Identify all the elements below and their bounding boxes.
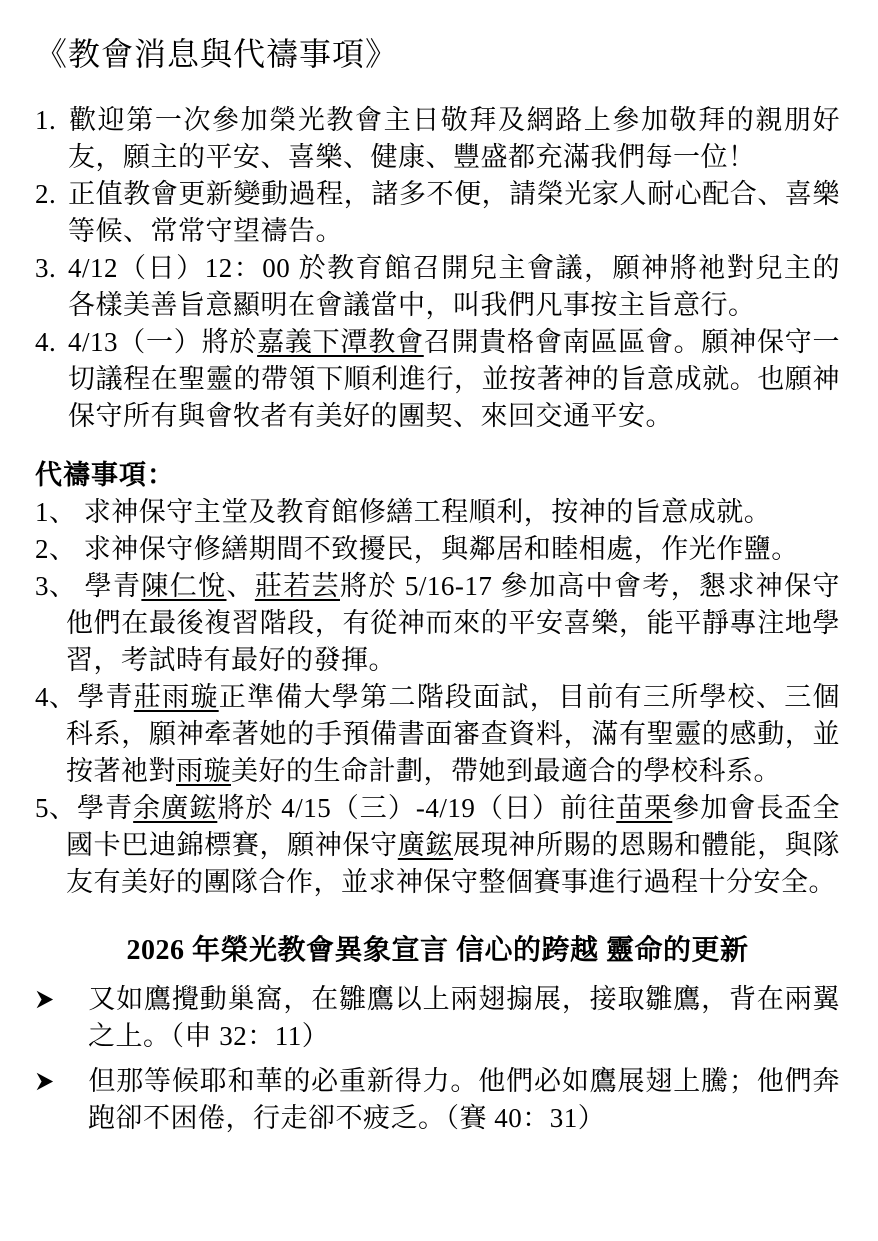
list-marker: 5、 xyxy=(35,790,77,827)
underlined-text: 嘉義下潭教會 xyxy=(257,327,424,357)
prayer-list: 1、 求神保守主堂及教育館修繕工程順利，按神的旨意成就。2、 求神保守修繕期間不… xyxy=(35,494,840,901)
vision-bullet-list: 又如鷹攪動巢窩，在雛鷹以上兩翅搧展，接取雛鷹，背在兩翼之上。（申 32：11）但… xyxy=(35,981,840,1137)
list-marker: 3、 xyxy=(35,568,84,605)
vision-bullet: 但那等候耶和華的必重新得力。他們必如鷹展翅上騰；他們奔跑卻不困倦，行走卻不疲乏。… xyxy=(35,1063,840,1137)
arrowhead-right-icon xyxy=(35,981,88,1018)
text-segment: 學青 xyxy=(84,571,142,601)
text-segment: 4/13（一）將於 xyxy=(68,327,257,357)
text-segment: 學青 xyxy=(77,682,134,712)
underlined-text: 陳仁悅 xyxy=(141,571,226,601)
news-item: 4.4/13（一）將於嘉義下潭教會召開貴格會南區區會。願神保守一切議程在聖靈的帶… xyxy=(35,324,840,435)
list-marker: 2. xyxy=(35,176,68,213)
news-item: 3.4/12（日）12：00 於教育館召開兒主會議，願神將祂對兒主的各樣美善旨意… xyxy=(35,250,840,324)
text-segment: 又如鷹攪動巢窩，在雛鷹以上兩翅搧展，接取雛鷹，背在兩翼之上。（申 32：11） xyxy=(88,984,840,1051)
vision-statement-heading: 2026 年榮光教會異象宣言 信心的跨越 靈命的更新 xyxy=(35,931,840,971)
list-marker: 2、 xyxy=(35,531,84,568)
prayer-item: 2、 求神保守修繕期間不致擾民，與鄰居和睦相處，作光作鹽。 xyxy=(35,531,840,568)
text-segment: 將於 4/15（三）-4/19（日）前往 xyxy=(217,793,616,823)
text-segment: 但那等候耶和華的必重新得力。他們必如鷹展翅上騰；他們奔跑卻不困倦，行走卻不疲乏。… xyxy=(88,1066,840,1133)
text-segment: 4/12（日）12：00 於教育館召開兒主會議，願神將祂對兒主的各樣美善旨意顯明… xyxy=(68,253,840,320)
prayer-item: 3、 學青陳仁悅、莊若芸將於 5/16-17 參加高中會考，懇求神保守他們在最後… xyxy=(35,568,840,679)
underlined-text: 余廣鋐 xyxy=(133,793,217,823)
prayer-item: 4、學青莊雨璇正準備大學第二階段面試，目前有三所學校、三個科系，願神牽著她的手預… xyxy=(35,679,840,790)
document-page: 《教會消息與代禱事項》 1.歡迎第一次參加榮光教會主日敬拜及網路上參加敬拜的親朋… xyxy=(0,0,878,1241)
list-marker: 3. xyxy=(35,250,68,287)
list-marker: 1. xyxy=(35,102,68,139)
list-marker: 4. xyxy=(35,324,68,361)
page-title: 《教會消息與代禱事項》 xyxy=(35,32,840,76)
text-segment: 美好的生命計劃，帶她到最適合的學校科系。 xyxy=(231,756,781,786)
underlined-text: 雨璇 xyxy=(176,756,231,786)
underlined-text: 莊雨璇 xyxy=(134,682,219,712)
prayer-item: 1、 求神保守主堂及教育館修繕工程順利，按神的旨意成就。 xyxy=(35,494,840,531)
list-marker: 4、 xyxy=(35,679,77,716)
text-segment: 求神保守主堂及教育館修繕工程順利，按神的旨意成就。 xyxy=(84,497,772,527)
news-item: 2.正值教會更新變動過程，諸多不便，請榮光家人耐心配合、喜樂等候、常常守望禱告。 xyxy=(35,176,840,250)
arrowhead-right-icon xyxy=(35,1063,88,1100)
vision-bullet: 又如鷹攪動巢窩，在雛鷹以上兩翅搧展，接取雛鷹，背在兩翼之上。（申 32：11） xyxy=(35,981,840,1055)
news-list: 1.歡迎第一次參加榮光教會主日敬拜及網路上參加敬拜的親朋好友，願主的平安、喜樂、… xyxy=(35,102,840,435)
text-segment: 歡迎第一次參加榮光教會主日敬拜及網路上參加敬拜的親朋好友，願主的平安、喜樂、健康… xyxy=(68,105,840,172)
prayer-items-heading: 代禱事項： xyxy=(35,457,840,494)
prayer-item: 5、學青余廣鋐將於 4/15（三）-4/19（日）前往苗栗參加會長盃全國卡巴迪錦… xyxy=(35,790,840,901)
underlined-text: 莊若芸 xyxy=(255,571,340,601)
text-segment: 正值教會更新變動過程，諸多不便，請榮光家人耐心配合、喜樂等候、常常守望禱告。 xyxy=(68,179,840,246)
underlined-text: 廣鋐 xyxy=(398,830,453,860)
text-segment: 學青 xyxy=(77,793,134,823)
underlined-text: 苗栗 xyxy=(616,793,672,823)
text-segment: 、 xyxy=(227,571,255,601)
news-item: 1.歡迎第一次參加榮光教會主日敬拜及網路上參加敬拜的親朋好友，願主的平安、喜樂、… xyxy=(35,102,840,176)
list-marker: 1、 xyxy=(35,494,84,531)
text-segment: 求神保守修繕期間不致擾民，與鄰居和睦相處，作光作鹽。 xyxy=(84,534,799,564)
